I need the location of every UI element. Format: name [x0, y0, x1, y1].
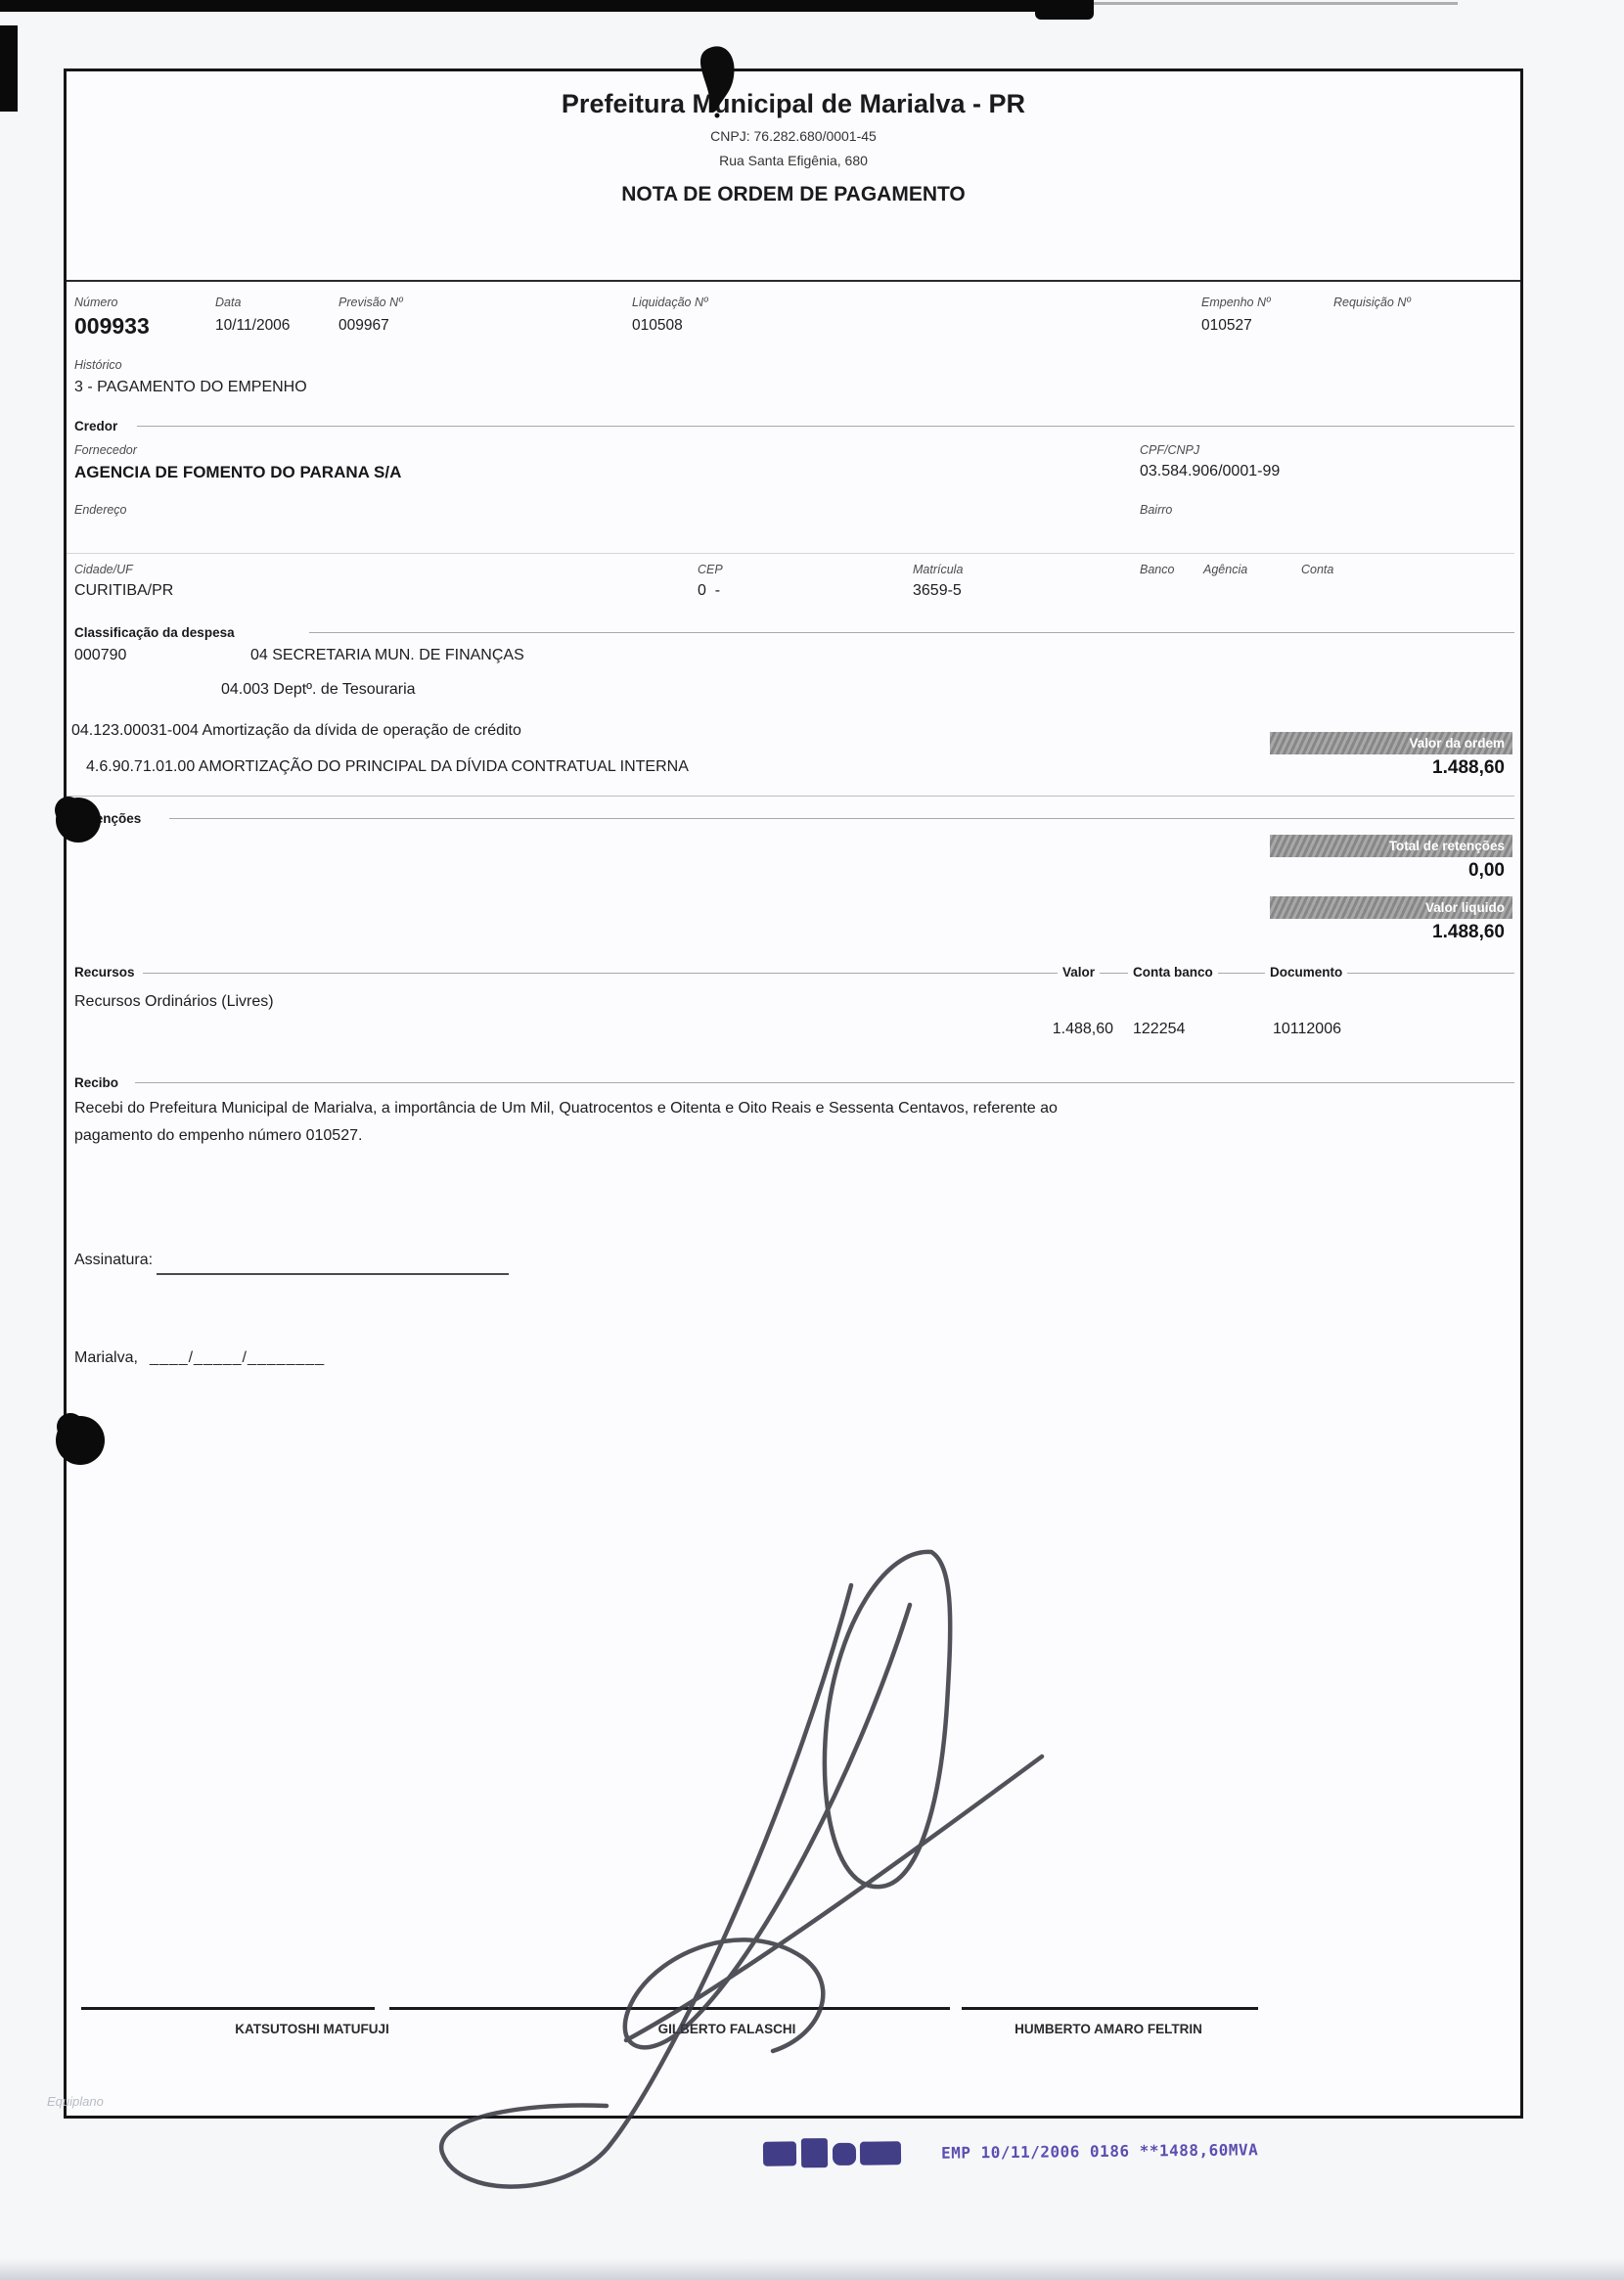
scanned-page: { "header": { "title": "Prefeitura Munic… [0, 0, 1624, 2280]
classificacao-row-desc: 04.003 Deptº. de Tesouraria [221, 681, 416, 699]
header-cnpj: CNPJ: 76.282.680/0001-45 [67, 128, 1520, 144]
bairro-label: Bairro [1140, 503, 1172, 517]
document-title: NOTA DE ORDEM DE PAGAMENTO [67, 183, 1520, 206]
page-title: Prefeitura Municipal de Marialva - PR [67, 89, 1520, 119]
endereco-label: Endereço [74, 503, 127, 517]
credor-section-label: Credor [74, 419, 117, 433]
recursos-section-label: Recursos [74, 965, 135, 980]
total-retencoes-badge: Total de retenções [1270, 835, 1512, 857]
previsao-label: Previsão Nº [338, 296, 403, 309]
recibo-section-label: Recibo [74, 1075, 118, 1090]
equiplano-watermark: Equiplano [47, 2094, 104, 2109]
retencoes-section-label: Retenções [74, 811, 141, 826]
assinatura-label: Assinatura: [74, 1252, 153, 1269]
header-separator [67, 280, 1520, 282]
valor-ordem-value: 1.488,60 [1270, 757, 1505, 779]
numero-value: 009933 [74, 313, 150, 340]
historico-value: 3 - PAGAMENTO DO EMPENHO [74, 379, 307, 396]
recurso-valor: 1.488,60 [1006, 1021, 1113, 1038]
liquidacao-label: Liquidação Nº [632, 296, 708, 309]
data-label: Data [215, 296, 241, 309]
cidade-value: CURITIBA/PR [74, 582, 173, 600]
banco-label: Banco [1140, 563, 1174, 576]
assinatura-line [157, 1273, 509, 1275]
empenho-value: 010527 [1201, 317, 1252, 335]
scan-artifact-top-blob [1035, 0, 1094, 20]
scan-artifact-top-line [1094, 2, 1458, 5]
recurso-conta-banco: 122254 [1133, 1021, 1185, 1038]
agencia-label: Agência [1203, 563, 1247, 576]
recibo-text-line2: pagamento do empenho número 010527. [74, 1127, 362, 1145]
classificacao-row-desc: 04 SECRETARIA MUN. DE FINANÇAS [250, 647, 524, 664]
cpf-cnpj-label: CPF/CNPJ [1140, 443, 1199, 457]
document-frame: Prefeitura Municipal de Marialva - PR CN… [64, 68, 1523, 2119]
total-retencoes-value: 0,00 [1270, 860, 1505, 882]
recurso-documento: 10112006 [1273, 1021, 1341, 1038]
recursos-valor-label: Valor [1058, 965, 1100, 980]
matricula-label: Matrícula [913, 563, 963, 576]
data-value: 10/11/2006 [215, 317, 290, 335]
historico-label: Histórico [74, 358, 122, 372]
signatory-name-2: GILBERTO FALASCHI [600, 2022, 854, 2036]
credor-rule [137, 426, 1514, 427]
recurso-nome: Recursos Ordinários (Livres) [74, 993, 274, 1011]
classificacao-row-desc: 4.6.90.71.01.00 AMORTIZAÇÃO DO PRINCIPAL… [86, 758, 689, 776]
signature-line-3 [962, 2007, 1258, 2010]
previsao-value: 009967 [338, 317, 389, 335]
signatory-name-1: KATSUTOSHI MATUFUJI [185, 2022, 439, 2036]
classificacao-section-label: Classificação da despesa [74, 625, 235, 640]
cpf-cnpj-value: 03.584.906/0001-99 [1140, 463, 1280, 480]
classificacao-row-desc: 04.123.00031-004 Amortização da dívida d… [71, 722, 521, 740]
cep-value: 0 - [698, 582, 720, 600]
valor-liquido-badge: Valor liquido [1270, 896, 1512, 919]
empenho-label: Empenho Nº [1201, 296, 1271, 309]
cidade-label: Cidade/UF [74, 563, 133, 576]
valor-liquido-value: 1.488,60 [1270, 922, 1505, 943]
scan-artifact-bottom-band [0, 2258, 1624, 2280]
bank-stamp-logo [763, 2137, 901, 2167]
signature-line-2 [389, 2007, 950, 2010]
recursos-conta-banco-label: Conta banco [1128, 965, 1218, 980]
retencoes-top-rule [67, 796, 1514, 797]
retencoes-rule [169, 818, 1514, 819]
scan-artifact-left-bar [0, 25, 18, 112]
conta-label: Conta [1301, 563, 1333, 576]
fornecedor-value: AGENCIA DE FOMENTO DO PARANA S/A [74, 463, 401, 482]
recibo-rule [135, 1082, 1514, 1083]
data-blanks: ____/_____/________ [150, 1349, 325, 1367]
requisicao-label: Requisição Nº [1333, 296, 1411, 309]
scan-artifact-top-strip [0, 0, 1094, 12]
numero-label: Número [74, 296, 117, 309]
bank-stamp-text: EMP 10/11/2006 0186 **1488,60MVA [941, 2140, 1258, 2162]
data-place-label: Marialva, [74, 1349, 138, 1367]
credor-inner-rule [67, 553, 1514, 554]
classificacao-row-code: 000790 [74, 647, 126, 664]
signatory-name-3: HUMBERTO AMARO FELTRIN [981, 2022, 1236, 2036]
liquidacao-value: 010508 [632, 317, 683, 335]
header-address: Rua Santa Efigênia, 680 [67, 153, 1520, 168]
signature-line-1 [81, 2007, 375, 2010]
classificacao-rule [309, 632, 1514, 633]
recibo-text-line1: Recebi do Prefeitura Municipal de Marial… [74, 1100, 1058, 1117]
fornecedor-label: Fornecedor [74, 443, 137, 457]
valor-ordem-badge: Valor da ordem [1270, 732, 1512, 754]
recursos-documento-label: Documento [1265, 965, 1347, 980]
cep-label: CEP [698, 563, 723, 576]
matricula-value: 3659-5 [913, 582, 962, 600]
